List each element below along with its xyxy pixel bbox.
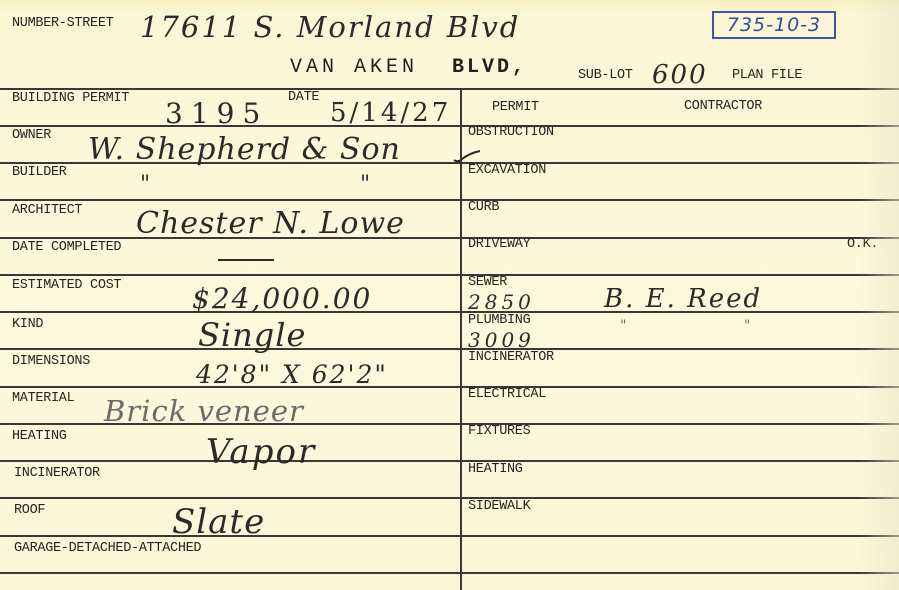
owner-value: W. Shepherd & Son <box>88 132 401 167</box>
estimated-cost-value: $24,000.00 <box>192 282 372 315</box>
rule-line <box>0 497 899 499</box>
sewer-number: 2850 <box>468 290 535 314</box>
rule-line <box>0 348 899 350</box>
number-street-value: 17611 S. Morland Blvd <box>140 10 520 44</box>
plumbing-number: 3009 <box>468 328 535 352</box>
date-value: 5/14/27 <box>330 98 451 128</box>
roof-label: ROOF <box>14 503 45 518</box>
architect-label: ARCHITECT <box>12 203 82 218</box>
rule-line <box>0 199 899 201</box>
rule-line <box>0 311 899 313</box>
date-completed-label: DATE COMPLETED <box>12 240 121 255</box>
building-permit-label: BUILDING PERMIT <box>12 91 129 106</box>
driveway-label: DRIVEWAY <box>468 237 530 252</box>
rule-line <box>0 88 899 90</box>
incinerator-label: INCINERATOR <box>14 466 100 481</box>
builder-label: BUILDER <box>12 165 67 180</box>
kind-label: KIND <box>12 317 43 332</box>
excavation-label: EXCAVATION <box>468 163 546 178</box>
building-permit-value: 3195 <box>165 97 268 130</box>
stamp-number: 735-10-3 <box>712 11 836 39</box>
rule-line <box>0 274 899 276</box>
heating-label: HEATING <box>12 429 67 444</box>
sublot-value: 600 <box>652 60 708 90</box>
date-completed-dash <box>218 259 274 261</box>
heating-permit-label: HEATING <box>468 462 523 477</box>
plan-file-label: PLAN FILE <box>732 68 802 83</box>
sidewalk-label: SIDEWALK <box>468 499 530 514</box>
permit-card: NUMBER-STREET 17611 S. Morland Blvd 735-… <box>0 0 899 590</box>
sewer-contractor: B. E. Reed <box>604 284 762 314</box>
plumbing-ditto-2: " <box>744 318 750 334</box>
material-value: Brick veneer <box>104 394 304 428</box>
sewer-label: SEWER <box>468 275 507 290</box>
typed-street: VAN AKEN <box>290 56 418 79</box>
fixtures-label: FIXTURES <box>468 424 530 439</box>
plumbing-label: PLUMBING <box>468 313 530 328</box>
kind-value: Single <box>198 316 306 354</box>
dimensions-value: 42'8" X 62'2" <box>196 360 388 389</box>
rule-line <box>0 237 899 239</box>
driveway-note: O.K. <box>847 237 878 252</box>
rule-line <box>0 572 899 574</box>
check-mark-icon <box>452 150 482 164</box>
number-street-label: NUMBER-STREET <box>12 16 113 31</box>
builder-ditto-1: " <box>140 172 150 197</box>
plumbing-ditto-1: " <box>620 318 626 334</box>
builder-ditto-2: " <box>360 172 370 197</box>
contractor-header: CONTRACTOR <box>684 99 762 114</box>
obstruction-label: OBSTRUCTION <box>468 125 554 140</box>
sublot-label: SUB-LOT <box>578 68 633 83</box>
architect-value: Chester N. Lowe <box>136 206 405 241</box>
garage-label: GARAGE-DETACHED-ATTACHED <box>14 541 201 556</box>
rule-line <box>0 535 899 537</box>
roof-value: Slate <box>172 502 265 542</box>
heating-value: Vapor <box>206 432 316 472</box>
material-label: MATERIAL <box>12 391 74 406</box>
incinerator-permit-label: INCINERATOR <box>468 350 554 365</box>
dimensions-label: DIMENSIONS <box>12 354 90 369</box>
estimated-cost-label: ESTIMATED COST <box>12 278 121 293</box>
owner-label: OWNER <box>12 128 51 143</box>
date-label: DATE <box>288 90 319 105</box>
typed-street-suffix: BLVD, <box>452 56 527 79</box>
electrical-label: ELECTRICAL <box>468 387 546 402</box>
rule-line <box>0 460 899 462</box>
permit-header: PERMIT <box>492 100 539 115</box>
curb-label: CURB <box>468 200 499 215</box>
rule-line <box>0 386 899 388</box>
